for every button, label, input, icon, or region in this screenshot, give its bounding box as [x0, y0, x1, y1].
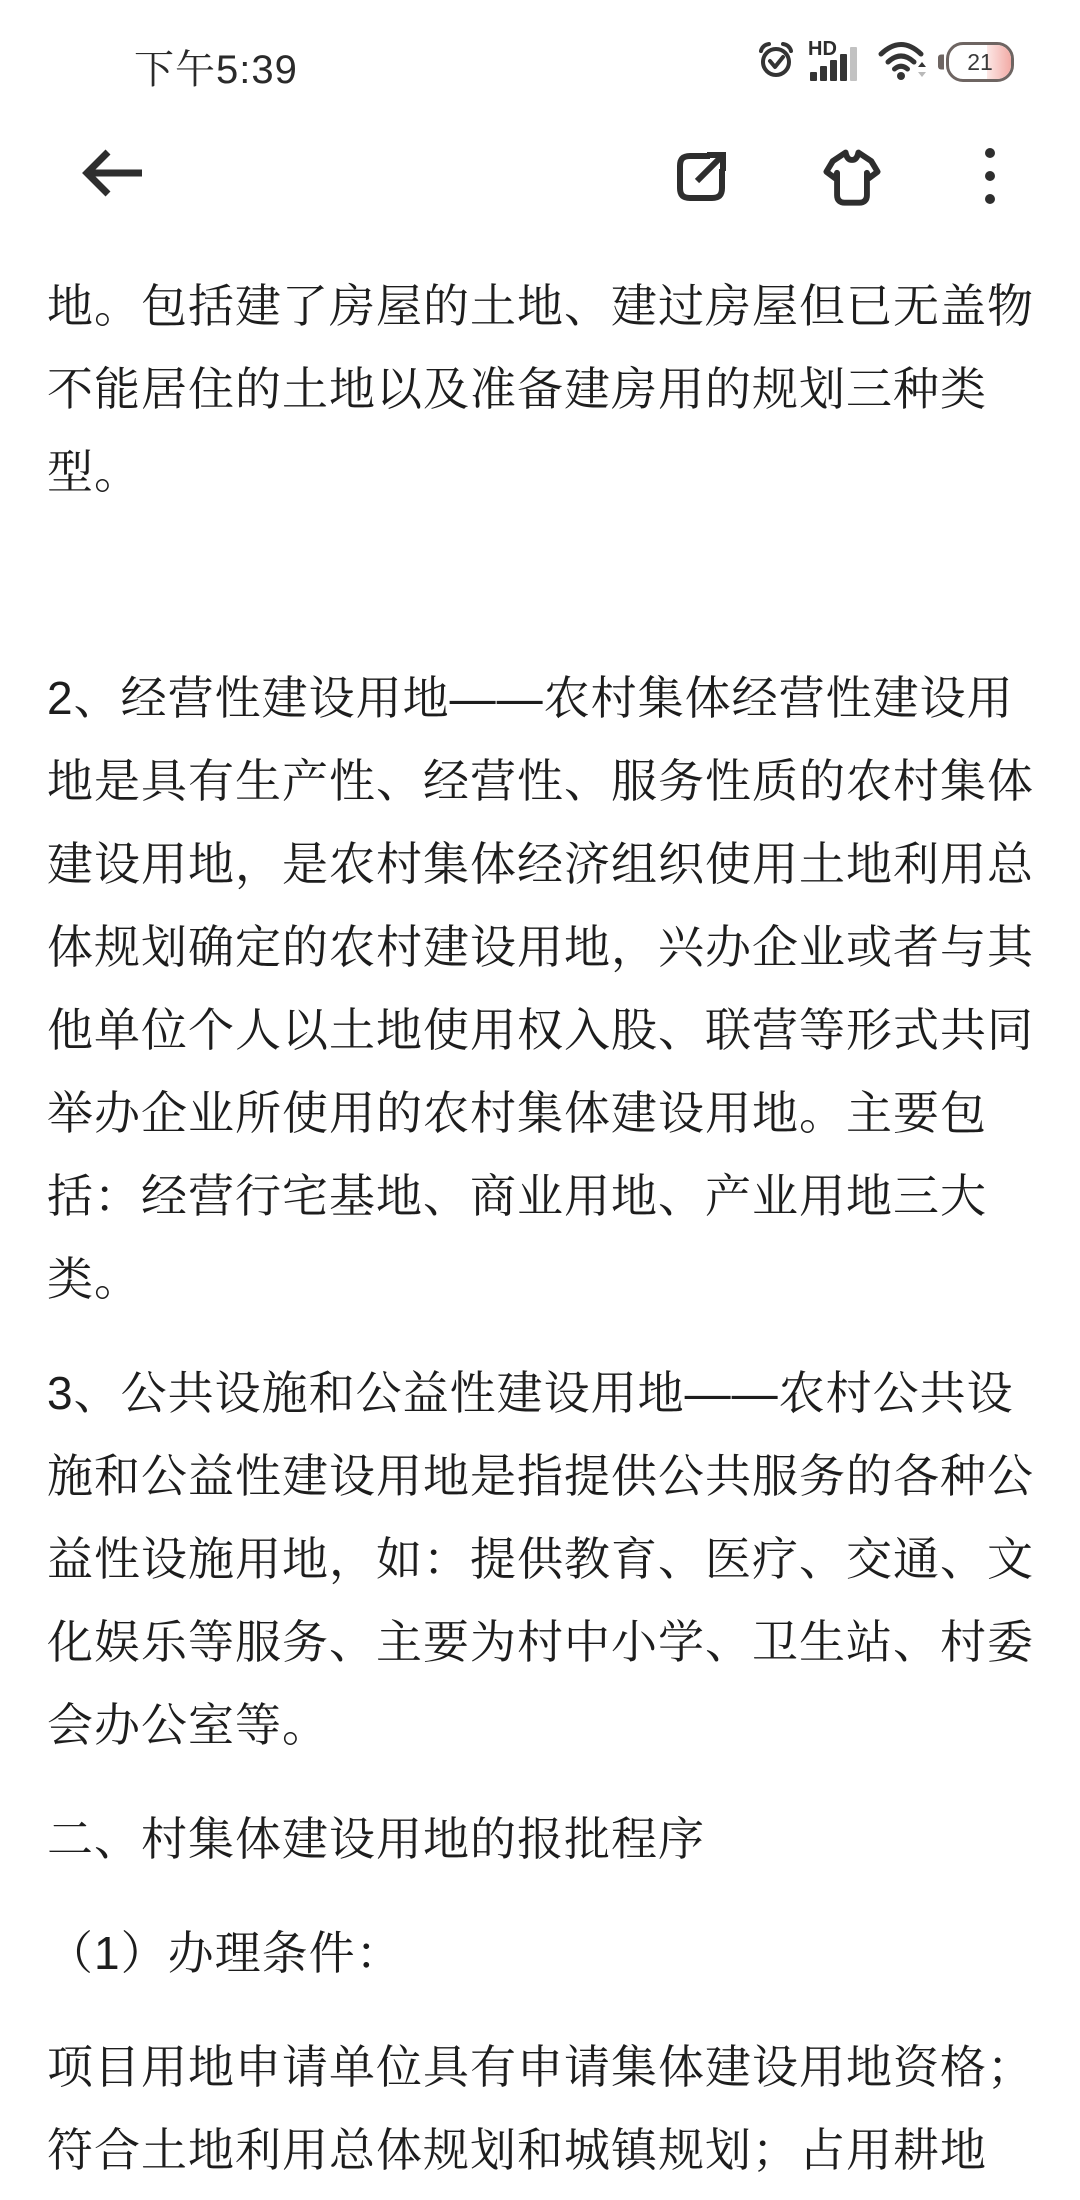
text-line: 益性设施用地，如：提供教育、医疗、交通、文 — [47, 1518, 1037, 1601]
back-arrow-icon — [80, 188, 146, 203]
article-paragraph: 2、经营性建设用地——农村集体经营性建设用地是具有生产性、经营性、服务性质的农村… — [47, 657, 1037, 1321]
text-line: 他单位个人以土地使用权入股、联营等形式共同 — [47, 989, 1037, 1072]
article-paragraph: 3、公共设施和公益性建设用地——农村公共设施和公益性建设用地是指提供公共服务的各… — [47, 1352, 1037, 1767]
battery-nub — [938, 55, 944, 70]
share-button[interactable] — [672, 148, 730, 206]
signal-bars — [810, 47, 857, 81]
status-icons: HD 21 — [757, 42, 1014, 82]
back-button[interactable] — [80, 146, 146, 200]
toolbar — [0, 140, 1080, 210]
text-line: 地是具有生产性、经营性、服务性质的农村集体 — [47, 740, 1037, 823]
text-line: 型。 — [47, 431, 1037, 514]
kebab-menu-icon — [978, 148, 1002, 204]
text-line: 符合土地利用总体规划和城镇规划；占用耕地 — [47, 2109, 1037, 2192]
wifi-icon — [877, 39, 929, 86]
article-body: 地。包括建了房屋的土地、建过房屋但已无盖物不能居住的土地以及准备建房用的规划三种… — [47, 265, 1037, 2192]
article-paragraph: 项目用地申请单位具有申请集体建设用地资格；符合土地利用总体规划和城镇规划；占用耕… — [47, 2026, 1037, 2192]
status-bar: 下午5:39 HD — [0, 0, 1080, 92]
text-line: （1）办理条件： — [47, 1912, 1037, 1995]
text-line: 括：经营行宅基地、商业用地、产业用地三大 — [47, 1155, 1037, 1238]
article-paragraph: 地。包括建了房屋的土地、建过房屋但已无盖物不能居住的土地以及准备建房用的规划三种… — [47, 265, 1037, 514]
text-line: 化娱乐等服务、主要为村中小学、卫生站、村委 — [47, 1601, 1037, 1684]
text-line: 类。 — [47, 1238, 1037, 1321]
hd-signal-bars-icon: HD — [808, 41, 864, 83]
text-line: 2、经营性建设用地——农村集体经营性建设用 — [47, 657, 1037, 740]
text-line: 会办公室等。 — [47, 1684, 1037, 1767]
text-line: 举办企业所使用的农村集体建设用地。主要包 — [47, 1072, 1037, 1155]
alarm-clock-icon — [757, 41, 795, 84]
tshirt-theme-icon — [820, 194, 884, 209]
clock-time: 下午5:39 — [134, 38, 298, 95]
text-line: 体规划确定的农村建设用地，兴办企业或者与其 — [47, 906, 1037, 989]
more-menu-button[interactable] — [978, 146, 1002, 206]
text-line: 项目用地申请单位具有申请集体建设用地资格； — [47, 2026, 1037, 2109]
battery-icon: 21 — [946, 42, 1014, 82]
share-external-link-icon — [672, 194, 730, 209]
battery-percent: 21 — [967, 49, 993, 76]
text-line: 建设用地，是农村集体经济组织使用土地利用总 — [47, 823, 1037, 906]
text-line: 不能居住的土地以及准备建房用的规划三种类 — [47, 348, 1037, 431]
article-paragraph: 二、村集体建设用地的报批程序 — [47, 1798, 1037, 1881]
article-paragraph: （1）办理条件： — [47, 1912, 1037, 1995]
text-line: 地。包括建了房屋的土地、建过房屋但已无盖物 — [47, 265, 1037, 348]
text-line: 二、村集体建设用地的报批程序 — [47, 1798, 1037, 1881]
text-line: 3、公共设施和公益性建设用地——农村公共设 — [47, 1352, 1037, 1435]
text-line: 施和公益性建设用地是指提供公共服务的各种公 — [47, 1435, 1037, 1518]
theme-button[interactable] — [820, 146, 884, 206]
